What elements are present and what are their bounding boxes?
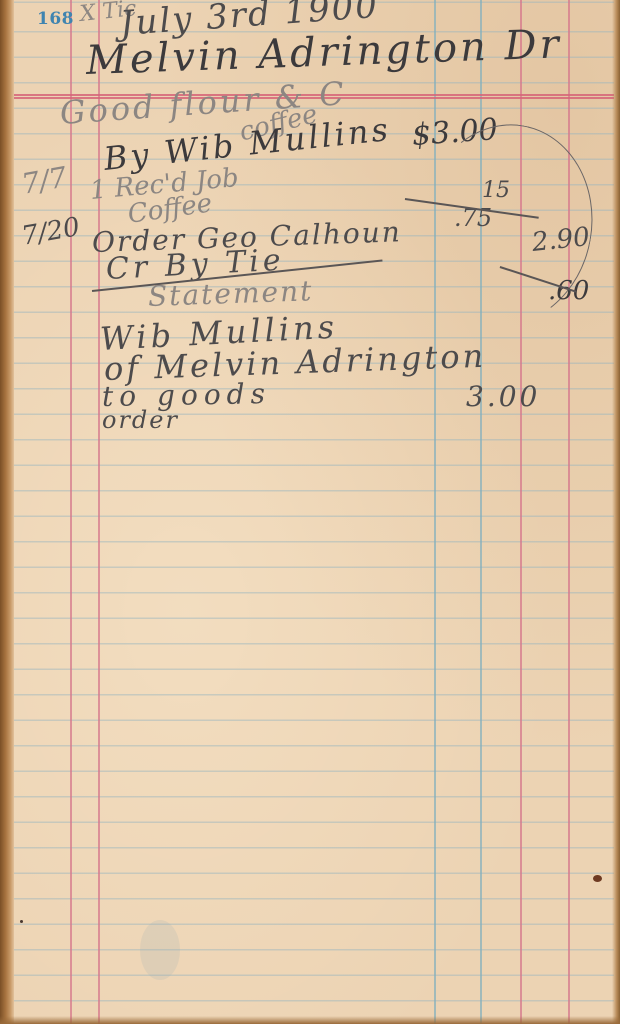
description-margin-rule xyxy=(98,0,100,1024)
ledger-page: 168 X Tic July 3rd 1900 Melvin Adrington… xyxy=(0,0,620,1024)
water-stain xyxy=(140,920,180,980)
page-right-edge xyxy=(612,0,620,1024)
entry-amount: 3.00 xyxy=(466,380,540,413)
date-margin-rule xyxy=(70,0,72,1024)
page-binding-edge xyxy=(0,0,14,1024)
dollars-rule xyxy=(434,0,436,1024)
entry-amount: .60 xyxy=(548,276,589,306)
entry-description: Statement xyxy=(147,274,313,313)
page-number: 168 xyxy=(37,9,74,29)
speck xyxy=(20,920,23,923)
entry-amount: 2.90 xyxy=(530,222,591,258)
page-bottom-edge xyxy=(0,1016,620,1024)
ink-stain xyxy=(593,875,602,882)
entry-amount: 15 xyxy=(482,178,510,203)
entry-description: order xyxy=(102,406,179,434)
